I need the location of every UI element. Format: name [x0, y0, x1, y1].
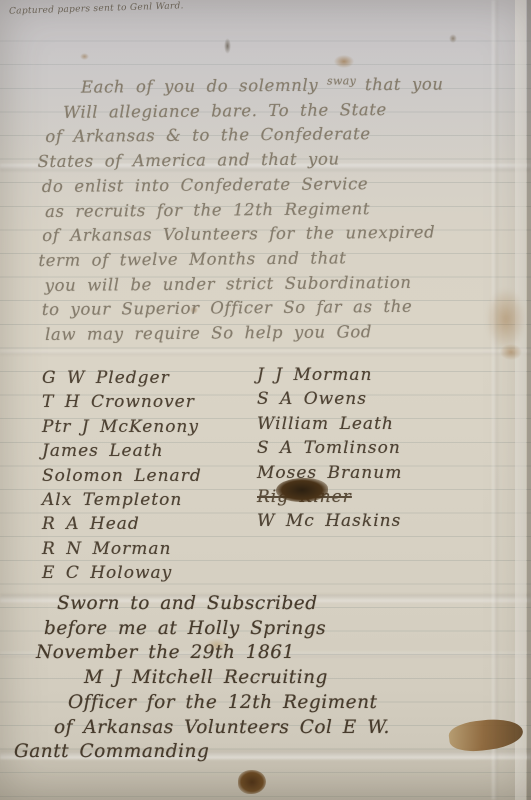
attestation-line: Sworn to and Subscribed [12, 592, 512, 617]
signature: Moses Branum [257, 461, 402, 485]
signature: James Leath [42, 439, 202, 463]
signature: Alx Templeton [42, 488, 202, 512]
signature: G W Pledger [42, 366, 202, 390]
attestation-line: Gantt Commanding [12, 740, 512, 765]
signature: S A Tomlinson [257, 436, 402, 460]
signature: T H Crownover [42, 390, 202, 414]
document-photo: Captured papers sent to Genl Ward. Each … [0, 0, 531, 800]
attestation-line: November the 29th 1861 [12, 641, 512, 666]
signature: S A Owens [257, 387, 402, 411]
oath-line-text: Each of you do solemnly [81, 76, 318, 97]
signature-struck-out: Rig Kiner [257, 485, 402, 509]
signature: R A Head [42, 512, 202, 536]
signature: R N Morman [42, 537, 202, 561]
inserted-word: sway [327, 69, 356, 94]
oath-paragraph: Each of you do solemnly sway that you Wi… [37, 68, 507, 348]
attestation-line: M J Mitchell Recruiting [12, 666, 512, 691]
signature: W Mc Haskins [257, 509, 402, 533]
signature-column-right: J J Morman S A Owens William Leath S A T… [257, 363, 402, 534]
signature: J J Morman [257, 363, 402, 387]
oath-line: law may require So help you God [39, 319, 507, 348]
signature-column-left: G W Pledger T H Crownover Ptr J McKenony… [42, 366, 202, 586]
signature: William Leath [257, 412, 402, 436]
attestation-line: Officer for the 12th Regiment [12, 691, 512, 716]
oath-line-text: that you [365, 74, 444, 94]
attestation: Sworn to and Subscribed before me at Hol… [12, 592, 512, 765]
signature: Ptr J McKenony [42, 415, 202, 439]
signature: E C Holoway [42, 561, 202, 585]
signature: Solomon Lenard [42, 464, 202, 488]
oath-line: Each of you do solemnly sway that you [37, 68, 505, 101]
attestation-line: of Arkansas Volunteers Col E W. [12, 716, 512, 741]
attestation-line: before me at Holly Springs [12, 617, 512, 642]
